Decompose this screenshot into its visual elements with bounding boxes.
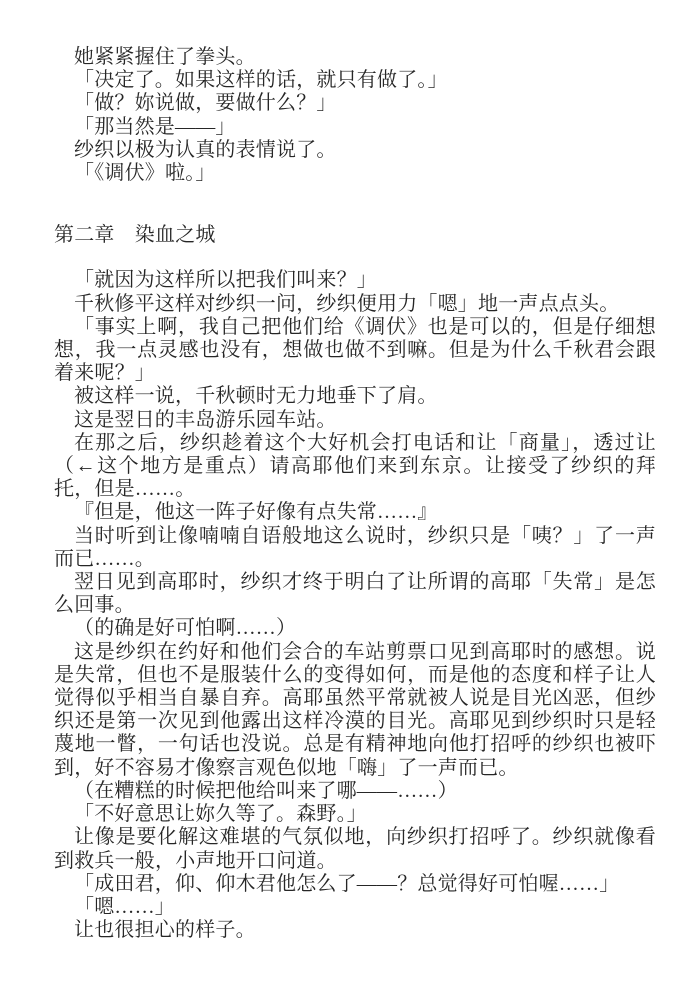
paragraph: 在那之后，纱织趁着这个大好机会打电话和让「商量」，透过让（←这个地方是重点）请高…	[54, 432, 656, 502]
paragraph: 「做？妳说做，要做什么？」	[54, 92, 656, 115]
paragraph: 「就因为这样所以把我们叫来？」	[54, 269, 656, 292]
paragraph: 「决定了。如果这样的话，就只有做了。」	[54, 69, 656, 92]
paragraph: 「那当然是——」	[54, 116, 656, 139]
paragraph: 这是纱织在约好和他们会合的车站剪票口见到高耶时的感想。说是失常，但也不是服装什么…	[54, 641, 656, 780]
paragraph: （在糟糕的时候把他给叫来了哪——……）	[54, 780, 656, 803]
novel-page: 她紧紧握住了拳头。「决定了。如果这样的话，就只有做了。」「做？妳说做，要做什么？…	[0, 0, 700, 993]
paragraph: 当时听到让像喃喃自语般地这么说时，纱织只是「咦？」了一声而已……。	[54, 525, 656, 571]
paragraph: 「不好意思让妳久等了。森野。」	[54, 803, 656, 826]
paragraph: 让像是要化解这难堪的气氛似地，向纱织打招呼了。纱织就像看到救兵一般，小声地开口问…	[54, 826, 656, 872]
chapter-body-section: 「就因为这样所以把我们叫来？」千秋修平这样对纱织一问，纱织便用力「嗯」地一声点点…	[54, 269, 656, 942]
paragraph: 被这样一说，千秋顿时无力地垂下了肩。	[54, 385, 656, 408]
paragraph: 翌日见到高耶时，纱织才终于明白了让所谓的高耶「失常」是怎么回事。	[54, 571, 656, 617]
paragraph: 让也很担心的样子。	[54, 919, 656, 942]
paragraph: 这是翌日的丰岛游乐园车站。	[54, 409, 656, 432]
chapter-title: 第二章 染血之城	[54, 224, 656, 247]
paragraph: 『但是，他这一阵子好像有点失常……』	[54, 501, 656, 524]
paragraph: （的确是好可怕啊……）	[54, 617, 656, 640]
paragraph: 「成田君，仰、仰木君他怎么了——？总觉得好可怕喔……」	[54, 873, 656, 896]
paragraph: 「《调伏》啦。」	[54, 162, 656, 185]
paragraph: 千秋修平这样对纱织一问，纱织便用力「嗯」地一声点点头。	[54, 293, 656, 316]
paragraph: 「事实上啊，我自己把他们给《调伏》也是可以的，但是仔细想想，我一点灵感也没有，想…	[54, 316, 656, 386]
paragraph: 她紧紧握住了拳头。	[54, 46, 656, 69]
paragraph: 「嗯……」	[54, 896, 656, 919]
pre-chapter-section: 她紧紧握住了拳头。「决定了。如果这样的话，就只有做了。」「做？妳说做，要做什么？…	[54, 46, 656, 185]
paragraph: 纱织以极为认真的表情说了。	[54, 139, 656, 162]
